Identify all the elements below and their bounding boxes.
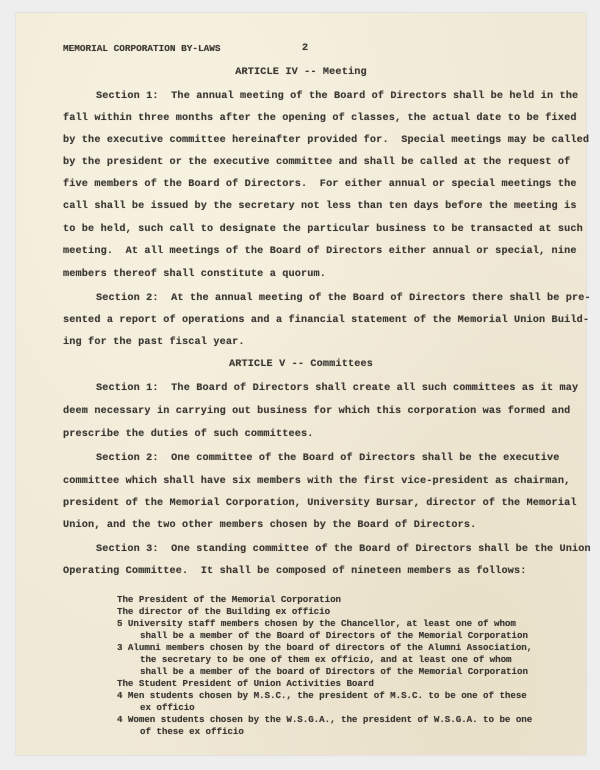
article-v-section-2-line: committee which shall have six members w… xyxy=(63,476,570,487)
article-iv-section-1-line: by the executive committee hereinafter p… xyxy=(63,135,589,146)
committee-member-item: 3 Alumni members chosen by the board of … xyxy=(117,642,532,653)
article-iv-section-2-line: sented a report of operations and a fina… xyxy=(63,315,589,326)
article-iv-section-1-line: members thereof shall constitute a quoru… xyxy=(63,269,326,280)
article-v-section-2-line: Section 2: One committee of the Board of… xyxy=(96,453,560,464)
article-iv-section-1-line: by the president or the executive commit… xyxy=(63,157,570,168)
article-v-section-3-line: Operating Committee. It shall be compose… xyxy=(63,566,527,577)
article-v-section-1-line: prescribe the duties of such committees. xyxy=(63,429,314,440)
committee-member-item: 5 University staff members chosen by the… xyxy=(117,618,516,629)
article-iv-section-1-line: meeting. At all meetings of the Board of… xyxy=(63,246,577,257)
committee-member-continuation: of these ex officio xyxy=(140,726,244,737)
committee-member-item: 4 Women students chosen by the W.S.G.A.,… xyxy=(117,714,532,725)
committee-member-item: The President of the Memorial Corporatio… xyxy=(117,594,341,605)
article-v-section-1-line: deem necessary in carrying out business … xyxy=(63,406,570,417)
article-v-section-2-line: president of the Memorial Corporation, U… xyxy=(63,498,577,509)
committee-member-item: 4 Men students chosen by M.S.C., the pre… xyxy=(117,690,527,701)
article-v-section-1-line: Section 1: The Board of Directors shall … xyxy=(96,383,578,394)
committee-member-item: The Student President of Union Activitie… xyxy=(117,678,374,689)
article-v-section-3-line: Section 3: One standing committee of the… xyxy=(96,544,591,555)
committee-member-continuation: shall be a member of the board of Direct… xyxy=(140,666,528,677)
page-number: 2 xyxy=(302,43,308,54)
article-iv-heading: ARTICLE IV -- Meeting xyxy=(16,67,586,78)
article-iv-section-1-line: Section 1: The annual meeting of the Boa… xyxy=(96,91,578,102)
running-title: MEMORIAL CORPORATION BY-LAWS xyxy=(63,43,221,54)
typewritten-page: MEMORIAL CORPORATION BY-LAWS 2 ARTICLE I… xyxy=(16,13,586,755)
article-iv-section-2-line: Section 2: At the annual meeting of the … xyxy=(96,293,591,304)
article-iv-section-2-line: ing for the past fiscal year. xyxy=(63,337,245,348)
article-v-section-2-line: Union, and the two other members chosen … xyxy=(63,520,476,531)
committee-member-item: The director of the Building ex officio xyxy=(117,606,330,617)
article-v-heading: ARTICLE V -- Committees xyxy=(16,359,586,370)
article-iv-section-1-line: to be held, such call to designate the p… xyxy=(63,224,583,235)
article-iv-section-1-line: five members of the Board of Directors. … xyxy=(63,179,577,190)
committee-member-continuation: ex officio xyxy=(140,702,195,713)
article-iv-section-1-line: fall within three months after the openi… xyxy=(63,113,577,124)
committee-member-continuation: the secretary to be one of them ex offic… xyxy=(140,654,512,665)
article-iv-section-1-line: call shall be issued by the secretary no… xyxy=(63,201,577,212)
committee-member-continuation: shall be a member of the Board of Direct… xyxy=(140,630,528,641)
